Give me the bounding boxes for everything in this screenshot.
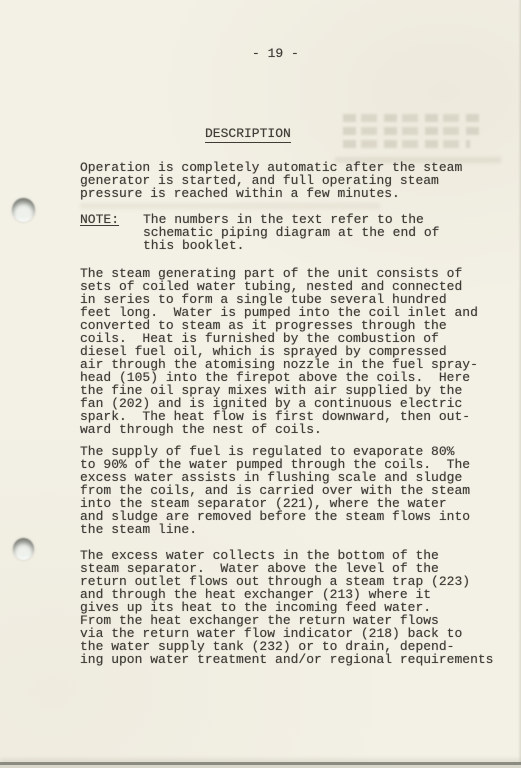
paragraph-operation: Operation is completely automatic after … xyxy=(80,161,493,200)
paragraph-fuel-supply: The supply of fuel is regulated to evapo… xyxy=(80,445,493,536)
page-content: - 19 - DESCRIPTION Operation is complete… xyxy=(0,0,521,666)
page-bottom-edge xyxy=(0,762,521,768)
heading-row: DESCRIPTION xyxy=(80,127,493,143)
note-text: The numbers in the text refer to the sch… xyxy=(143,213,439,252)
paragraph-steam-generating: The steam generating part of the unit co… xyxy=(80,267,493,436)
page-title: DESCRIPTION xyxy=(205,127,291,143)
note-block: NOTE: The numbers in the text refer to t… xyxy=(80,213,493,252)
scanned-page: - 19 - DESCRIPTION Operation is complete… xyxy=(0,0,521,768)
page-number: - 19 - xyxy=(252,47,493,60)
note-label: NOTE: xyxy=(80,213,143,252)
paragraph-excess-water: The excess water collects in the bottom … xyxy=(80,549,493,666)
